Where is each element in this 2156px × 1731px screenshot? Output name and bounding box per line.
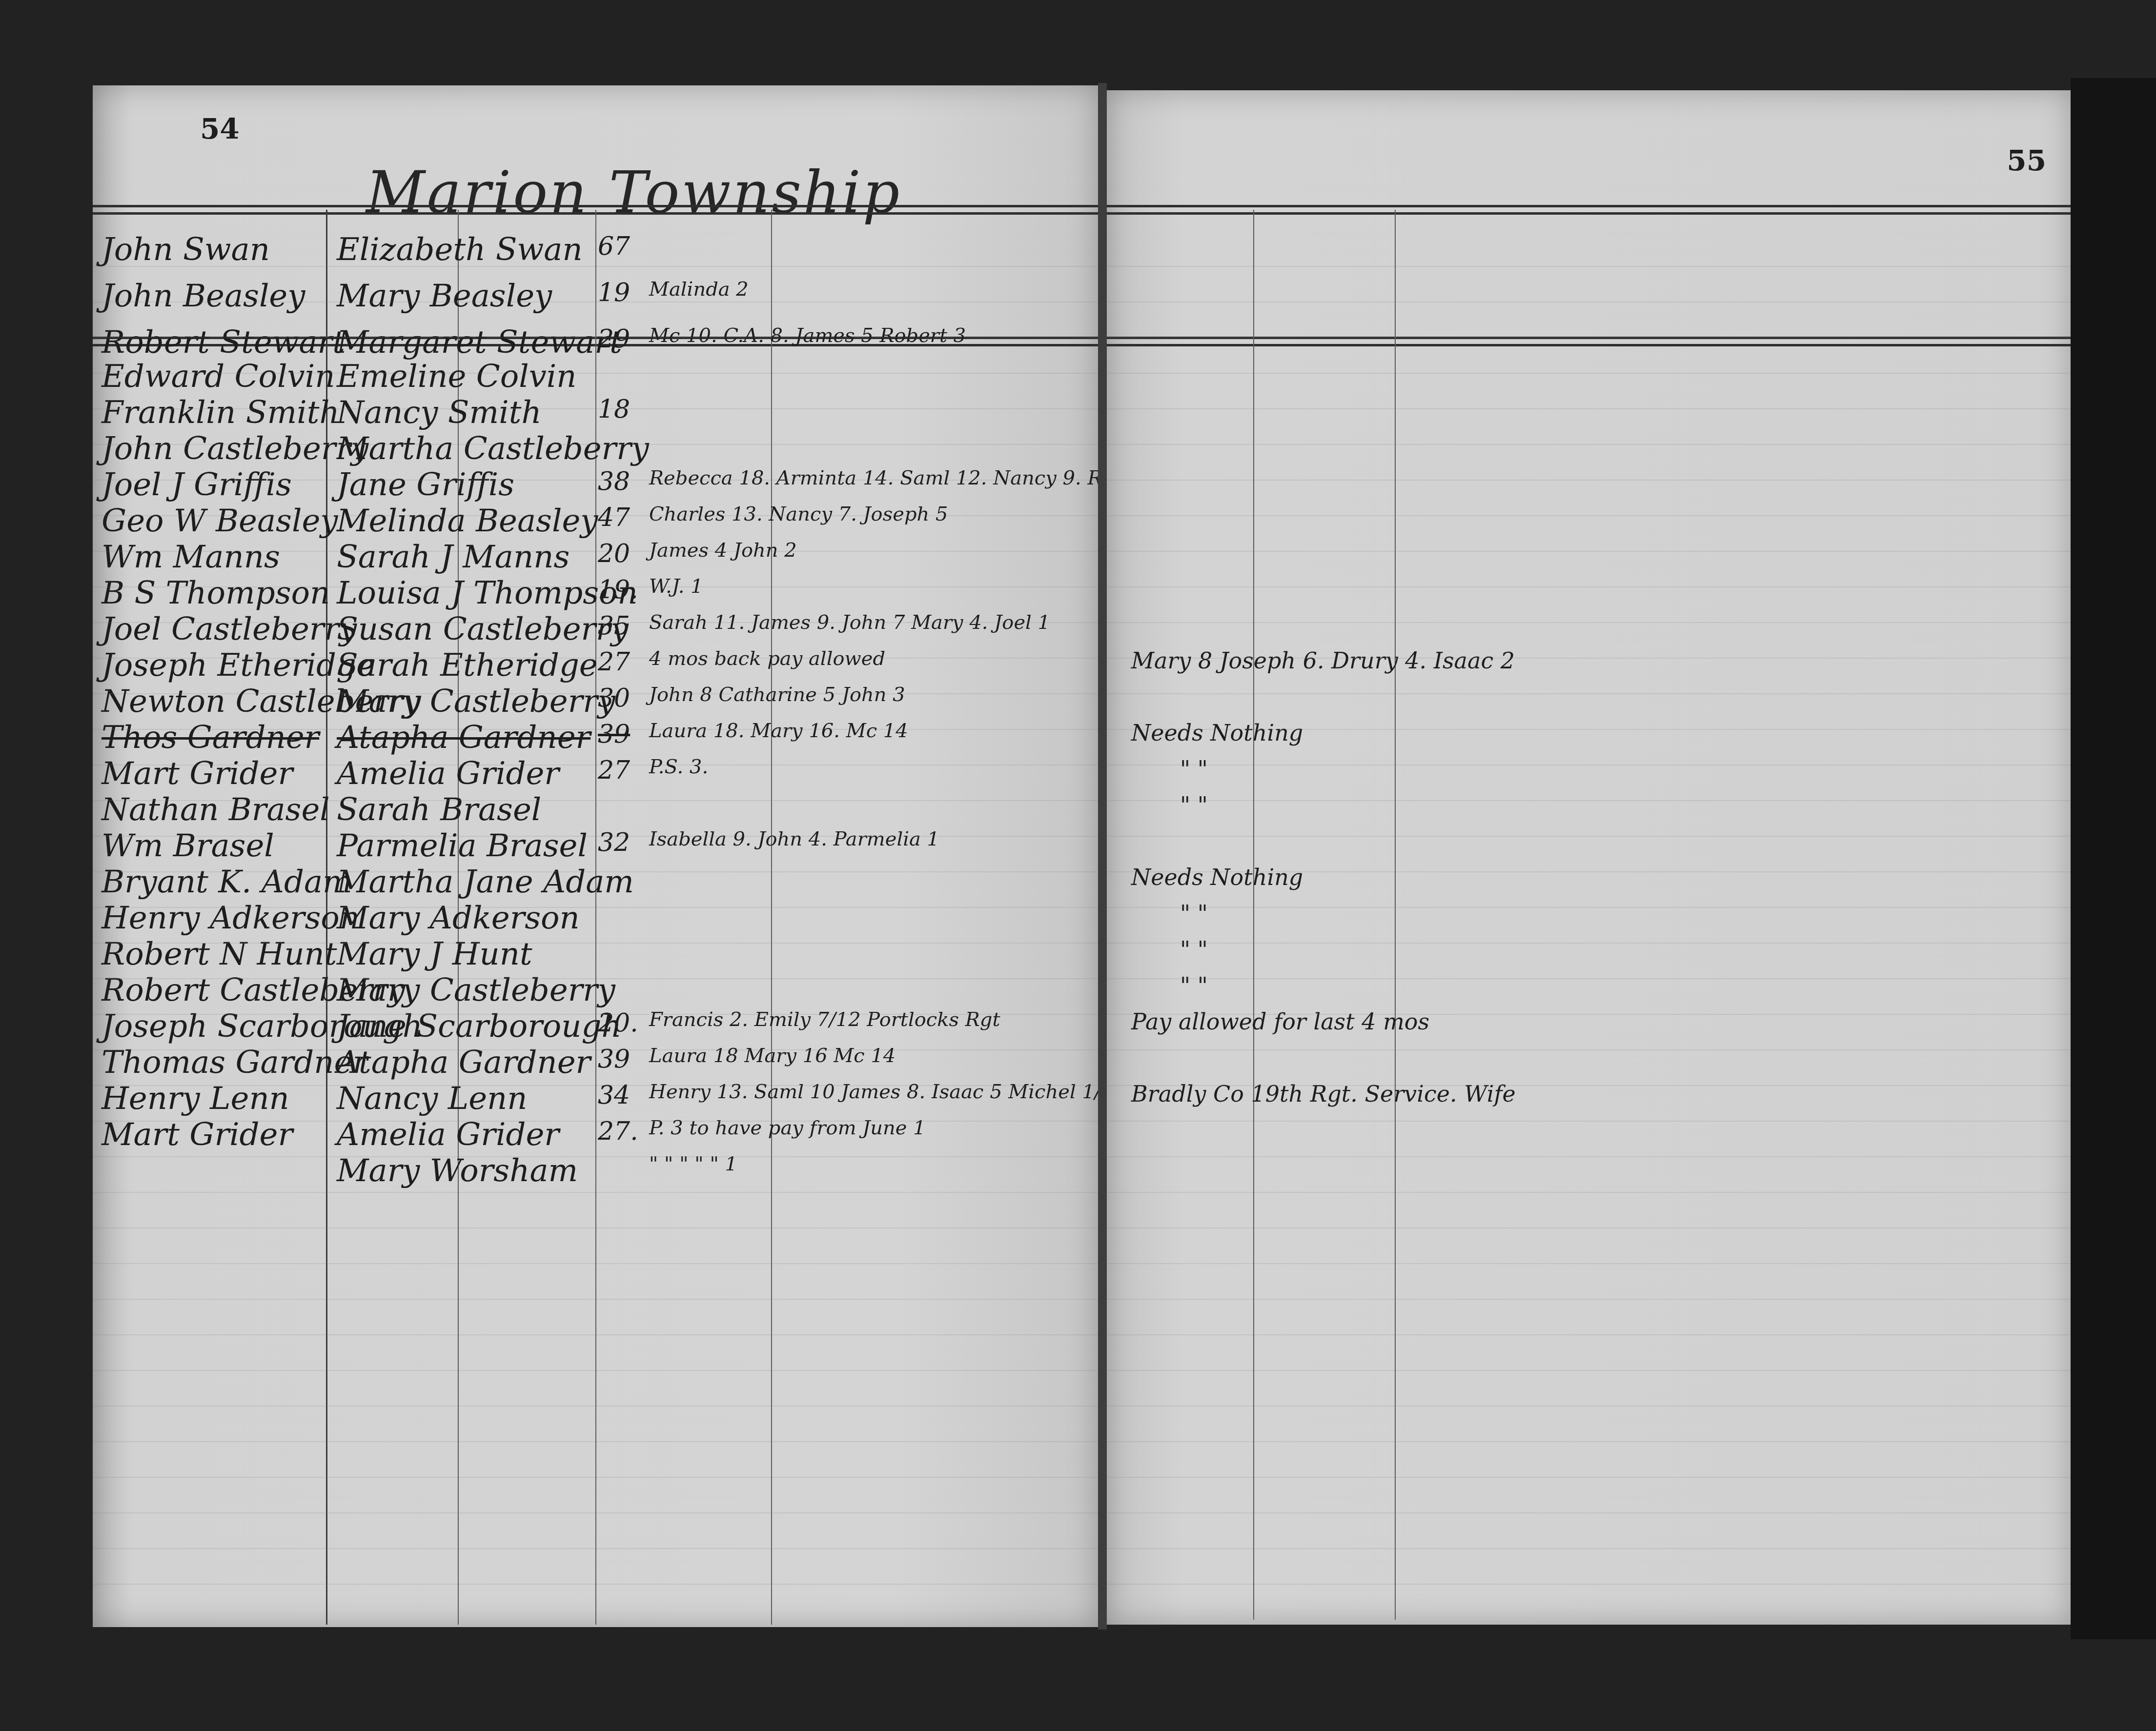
wife-age: 27 [598,756,630,785]
film-edge [2071,78,2156,1639]
ruled-line [1107,373,2071,374]
remarks-note: " " [1180,792,1208,818]
ruled-line [93,693,1098,694]
ruled-line [1107,800,2071,801]
children-note: Francis 2. Emily 7/12 Portlocks Rgt [649,1008,1000,1031]
ruled-line [1107,622,2071,623]
soldier-name: John Swan [102,232,270,268]
ledger-page-left: 54 Marion Township John SwanElizabeth Sw… [93,85,1098,1627]
ruled-line [93,302,1098,302]
wife-name: Nancy Smith [337,395,542,431]
soldier-name: John Beasley [102,278,305,314]
ruled-line [1107,302,2071,302]
ruled-line [1107,693,2071,694]
ruled-line [93,515,1098,516]
ruled-line [1107,871,2071,872]
header-double-rule [1107,205,2071,215]
ruled-line [93,1548,1098,1549]
soldier-name: Bryant K. Adam [102,864,352,900]
wife-name: Melinda Beasley [337,503,598,539]
children-note: P. 3 to have pay from June 1 [649,1117,926,1139]
soldier-name: Thos Gardner [102,720,319,756]
wife-age: 67 [598,232,630,261]
wife-age: 30 [598,684,630,713]
remarks-note: " " [1180,900,1208,926]
children-note: Mc 10. C.A. 8. James 5 Robert 3 [649,324,966,347]
ruled-line [1107,337,2071,338]
ruled-line [1107,1121,2071,1122]
wife-name: Mary Worsham [337,1153,578,1189]
wife-name: Parmelia Brasel [337,828,588,864]
children-note: Henry 13. Saml 10 James 8. Isaac 5 Miche… [649,1081,1114,1103]
children-note: Laura 18 Mary 16 Mc 14 [649,1045,895,1067]
soldier-name: Geo W Beasley [102,503,338,539]
wife-name: Mary Beasley [337,278,552,314]
ruled-line [1107,1263,2071,1264]
ruled-line [1107,586,2071,587]
ruled-line [93,836,1098,837]
ruled-line [1107,1192,2071,1193]
ruled-line [93,266,1098,267]
wife-name: Martha Jane Adam [337,864,634,900]
wife-name: Martha Castleberry [337,431,649,467]
ruled-line [93,765,1098,765]
children-note: P.S. 3. [649,756,708,778]
remarks-note: " " [1180,756,1208,782]
children-note: Rebecca 18. Arminta 14. Saml 12. Nancy 9… [649,467,1174,489]
ruled-line [93,373,1098,374]
soldier-name: Robert N Hunt [102,936,337,972]
column-divider [771,210,772,1625]
wife-age: 39 [598,720,630,749]
book-gutter [1098,83,1107,1630]
wife-age: 18 [598,395,630,424]
soldier-name: Henry Lenn [102,1081,289,1117]
ruled-line [93,1014,1098,1015]
ruled-line [93,871,1098,872]
ledger-page-right: 55 Mary 8 Joseph 6. Drury 4. Isaac 2Need… [1107,90,2071,1625]
section-double-rule [1107,337,2071,346]
ruled-line [1107,1156,2071,1157]
remarks-note: " " [1180,972,1208,999]
page-title: Marion Township [366,159,901,226]
ruled-line [1107,729,2071,730]
ruled-line [93,586,1098,587]
wife-name: Margaret Stewart [337,324,622,361]
wife-name: Sarah Etheridge [337,647,598,684]
soldier-name: Franklin Smith [102,395,340,431]
ruled-line [93,729,1098,730]
soldier-name: Nathan Brasel [102,792,330,828]
ruled-line [1107,943,2071,944]
ruled-line [1107,765,2071,765]
ruled-line [1107,1014,2071,1015]
wife-name: Nancy Lenn [337,1081,528,1117]
ruled-line [93,1441,1098,1442]
ruled-line [1107,836,2071,837]
ruled-line [1107,480,2071,481]
ruled-line [93,480,1098,481]
ruled-line [93,1049,1098,1050]
wife-age: 27 [598,647,630,677]
soldier-name: Joel Castleberry [102,611,357,647]
wife-age: 38 [598,467,630,496]
children-note: Malinda 2 [649,278,749,301]
ruled-line [93,1299,1098,1300]
wife-name: Mary Adkerson [337,900,580,936]
soldier-name: B S Thompson [102,575,330,611]
remarks-note: Needs Nothing [1131,720,1303,746]
wife-age: 47 [598,503,630,532]
wife-age: 19. [598,575,638,604]
wife-name: Louisa J Thompson [337,575,638,611]
children-note: James 4 John 2 [649,539,797,562]
wife-name: Susan Castleberry [337,611,629,647]
soldier-name: Henry Adkerson [102,900,360,936]
page-number: 54 [200,112,240,145]
children-note: Laura 18. Mary 16. Mc 14 [649,720,908,742]
wife-name: Elizabeth Swan [337,232,583,268]
soldier-name: Edward Colvin [102,359,335,395]
ruled-line [93,1477,1098,1478]
wife-name: Sarah Brasel [337,792,541,828]
soldier-name: John Castleberry [102,431,368,467]
ruled-line [93,1085,1098,1086]
ruled-line [93,408,1098,409]
ruled-line [1107,1441,2071,1442]
wife-age: 39 [598,1045,630,1074]
ruled-line [93,622,1098,623]
children-note: John 8 Catharine 5 John 3 [649,684,905,706]
wife-age: 32 [598,828,630,857]
ruled-line [1107,978,2071,979]
ruled-line [93,337,1098,338]
soldier-name: Joel J Griffis [102,467,292,503]
ruled-line [1107,266,2071,267]
wife-name: Emeline Colvin [337,359,576,395]
wife-age: 19 [598,278,630,307]
wife-age: 20. [598,1008,638,1038]
soldier-name: Wm Manns [102,539,280,575]
remarks-note: " " [1180,936,1208,963]
wife-name: Jane Griffis [337,467,514,503]
column-divider [1395,210,1396,1620]
wife-name: Amelia Grider [337,756,559,792]
ruled-line [1107,1406,2071,1407]
ruled-line [93,658,1098,659]
ruled-line [93,943,1098,944]
ruled-line [1107,1228,2071,1228]
ruled-line [1107,658,2071,659]
ruled-line [1107,1049,2071,1050]
wife-age: 20 [598,539,630,568]
ruled-line [1107,907,2071,908]
wife-age: 29 [598,324,630,354]
soldier-name: Mart Grider [102,756,293,792]
remarks-note: Pay allowed for last 4 mos [1131,1008,1429,1035]
remarks-note: Needs Nothing [1131,864,1303,890]
ruled-line [93,907,1098,908]
ruled-line [1107,1584,2071,1585]
ruled-line [93,1228,1098,1228]
ruled-line [93,1406,1098,1407]
page-number: 55 [2007,144,2046,177]
ruled-line [93,1370,1098,1371]
column-divider [595,210,596,1625]
ruled-line [93,1334,1098,1335]
wife-name: Sarah J Manns [337,539,570,575]
soldier-name: Wm Brasel [102,828,274,864]
wife-name: Mary Castleberry [337,684,615,720]
ruled-line [1107,1548,2071,1549]
ruled-line [93,1512,1098,1513]
ruled-line [1107,551,2071,552]
ruled-line [93,1192,1098,1193]
ruled-line [1107,408,2071,409]
remarks-note: Mary 8 Joseph 6. Drury 4. Isaac 2 [1131,647,1515,674]
ruled-line [1107,1370,2071,1371]
ruled-line [93,551,1098,552]
ruled-line [93,1156,1098,1157]
ruled-line [1107,1334,2071,1335]
children-note: Isabella 9. John 4. Parmelia 1 [649,828,939,850]
ruled-line [93,444,1098,445]
ruled-line [93,800,1098,801]
ruled-line [1107,515,2071,516]
ruled-line [1107,1085,2071,1086]
column-divider [1253,210,1254,1620]
children-note: Charles 13. Nancy 7. Joseph 5 [649,503,948,525]
wife-name: Mary J Hunt [337,936,532,972]
soldier-name: Joseph Etheridge [102,647,375,684]
soldier-name: Mart Grider [102,1117,293,1153]
wife-name: Atapha Gardner [337,720,590,756]
ruled-line [1107,1299,2071,1300]
soldier-name: Robert Stewart [102,324,345,361]
children-note: 4 mos back pay allowed [649,647,885,670]
ruled-line [93,1584,1098,1585]
ruled-line [93,1263,1098,1264]
ruled-line [1107,1477,2071,1478]
ruled-line [1107,444,2071,445]
wife-name: Amelia Grider [337,1117,559,1153]
ruled-line [93,978,1098,979]
ruled-line [1107,1512,2071,1513]
ruled-line [93,1121,1098,1122]
wife-age: 35 [598,611,630,641]
